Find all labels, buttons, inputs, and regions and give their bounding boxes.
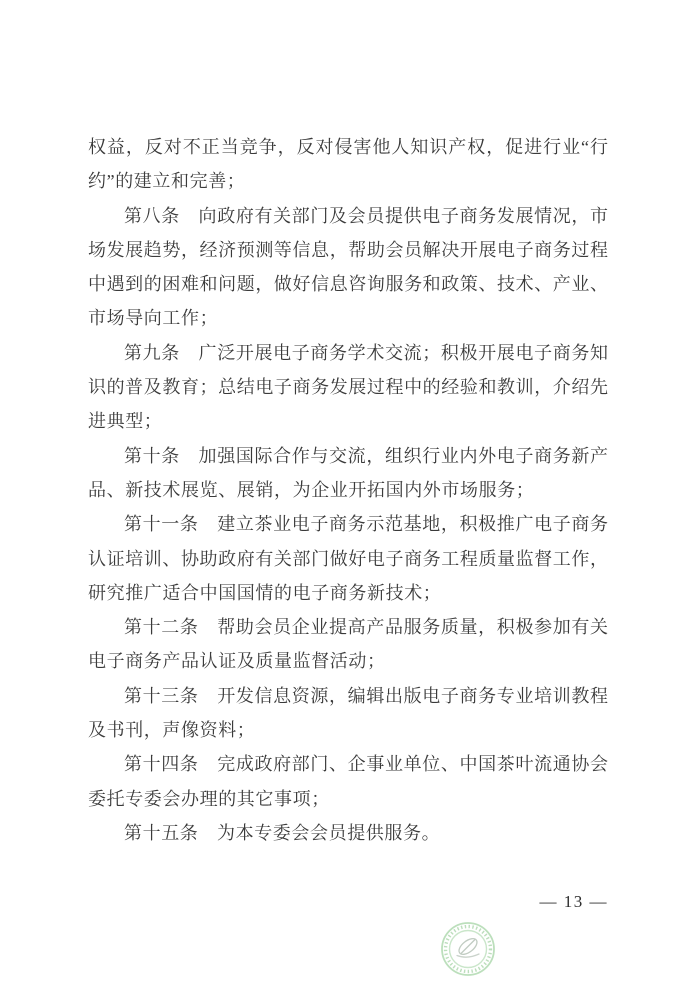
text-line: 识的普及教育；总结电子商务发展过程中的经验和教训，介绍先 bbox=[88, 370, 608, 404]
text-line: 第十四条 完成政府部门、企事业单位、中国茶叶流通协会 bbox=[88, 747, 608, 781]
document-page: 权益，反对不正当竞争，反对侵害他人知识产权，促进行业“行 约”的建立和完善； 第… bbox=[0, 0, 699, 988]
text-line: 进典型； bbox=[88, 404, 608, 438]
text-line: 及书刊，声像资料； bbox=[88, 713, 608, 747]
text-line: 研究推广适合中国国情的电子商务新技术； bbox=[88, 576, 608, 610]
text-line: 电子商务产品认证及质量监督活动； bbox=[88, 644, 608, 678]
text-line: 第十一条 建立茶业电子商务示范基地，积极推广电子商务 bbox=[88, 507, 608, 541]
text-line: 第十三条 开发信息资源，编辑出版电子商务专业培训教程 bbox=[88, 679, 608, 713]
green-leaf-seal-icon bbox=[440, 921, 496, 977]
text-line: 委托专委会办理的其它事项； bbox=[88, 782, 608, 816]
text-line: 品、新技术展览、展销，为企业开拓国内外市场服务； bbox=[88, 473, 608, 507]
text-line: 约”的建立和完善； bbox=[88, 164, 608, 198]
text-line: 认证培训、协助政府有关部门做好电子商务工程质量监督工作， bbox=[88, 542, 608, 576]
text-line: 权益，反对不正当竞争，反对侵害他人知识产权，促进行业“行 bbox=[88, 130, 608, 164]
text-line: 第八条 向政府有关部门及会员提供电子商务发展情况，市 bbox=[88, 199, 608, 233]
text-line: 场发展趋势，经济预测等信息，帮助会员解决开展电子商务过程 bbox=[88, 233, 608, 267]
text-line: 市场导向工作； bbox=[88, 301, 608, 335]
text-line: 第十条 加强国际合作与交流，组织行业内外电子商务新产 bbox=[88, 439, 608, 473]
text-line: 第九条 广泛开展电子商务学术交流；积极开展电子商务知 bbox=[88, 336, 608, 370]
body-text: 权益，反对不正当竞争，反对侵害他人知识产权，促进行业“行 约”的建立和完善； 第… bbox=[88, 130, 608, 850]
text-line: 第十二条 帮助会员企业提高产品服务质量，积极参加有关 bbox=[88, 610, 608, 644]
text-line: 第十五条 为本专委会会员提供服务。 bbox=[88, 816, 608, 850]
page-number: — 13 — bbox=[540, 892, 609, 912]
text-line: 中遇到的困难和问题，做好信息咨询服务和政策、技术、产业、 bbox=[88, 267, 608, 301]
